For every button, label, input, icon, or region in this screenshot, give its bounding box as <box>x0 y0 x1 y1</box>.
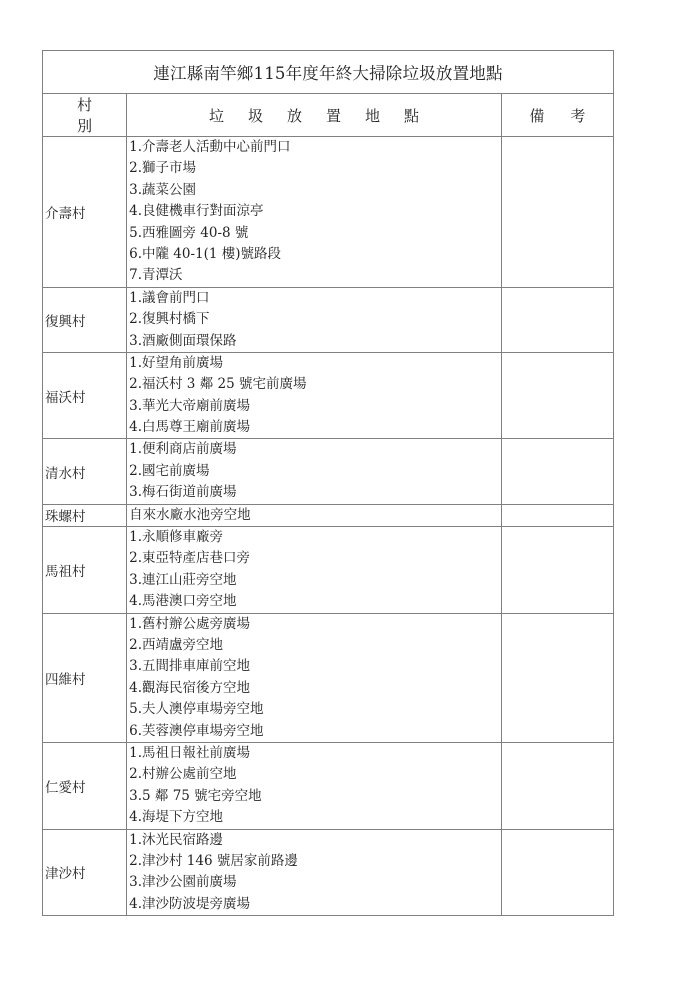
place-item: 2.國宅前廣場 <box>129 461 501 482</box>
table-row: 介壽村 1.介壽老人活動中心前門口2.獅子市場3.蔬菜公園4.良健機車行對面涼亭… <box>43 137 614 288</box>
place-item: 5.夫人澳停車場旁空地 <box>129 699 501 720</box>
village-cell: 福沃村 <box>43 352 127 439</box>
place-item: 3.5 鄰 75 號宅旁空地 <box>129 786 501 807</box>
place-item: 4.海堤下方空地 <box>129 807 501 828</box>
place-item: 2.復興村橋下 <box>129 309 501 330</box>
place-item: 2.福沃村 3 鄰 25 號宅前廣場 <box>129 374 501 395</box>
place-item: 4.津沙防波堤旁廣場 <box>129 894 501 915</box>
place-item: 3.五間排車庫前空地 <box>129 656 501 677</box>
place-item: 4.白馬尊王廟前廣場 <box>129 417 501 438</box>
table-body: 介壽村 1.介壽老人活動中心前門口2.獅子市場3.蔬菜公園4.良健機車行對面涼亭… <box>43 137 614 916</box>
header-village: 村別 <box>43 94 127 137</box>
remarks-cell <box>501 613 613 742</box>
place-item: 1.好望角前廣場 <box>129 353 501 374</box>
place-item: 1.便利商店前廣場 <box>129 439 501 460</box>
village-cell: 仁愛村 <box>43 742 127 829</box>
place-item: 2.村辦公處前空地 <box>129 764 501 785</box>
remarks-cell <box>501 742 613 829</box>
village-cell: 馬祖村 <box>43 527 127 614</box>
remarks-cell <box>501 829 613 916</box>
place-item: 3.酒廠側面環保路 <box>129 331 501 352</box>
place-item: 4.觀海民宿後方空地 <box>129 678 501 699</box>
table-row: 福沃村 1.好望角前廣場2.福沃村 3 鄰 25 號宅前廣場3.華光大帝廟前廣場… <box>43 352 614 439</box>
place-item: 自來水廠水池旁空地 <box>129 505 501 526</box>
place-item: 2.獅子市場 <box>129 158 501 179</box>
place-item: 5.西雅圖旁 40-8 號 <box>129 223 501 244</box>
places-cell: 1.舊村辦公處旁廣場2.西靖盧旁空地3.五間排車庫前空地4.觀海民宿後方空地5.… <box>127 613 502 742</box>
place-item: 1.馬祖日報社前廣場 <box>129 743 501 764</box>
places-cell: 1.好望角前廣場2.福沃村 3 鄰 25 號宅前廣場3.華光大帝廟前廣場4.白馬… <box>127 352 502 439</box>
place-item: 6.中隴 40-1(1 樓)號路段 <box>129 244 501 265</box>
place-item: 1.舊村辦公處旁廣場 <box>129 614 501 635</box>
table-row: 馬祖村 1.永順修車廠旁2.東亞特產店巷口旁3.連江山莊旁空地4.馬港澳口旁空地 <box>43 527 614 614</box>
place-item: 6.芙蓉澳停車場旁空地 <box>129 721 501 742</box>
place-item: 2.東亞特產店巷口旁 <box>129 548 501 569</box>
place-item: 4.良健機車行對面涼亭 <box>129 201 501 222</box>
place-item: 2.西靖盧旁空地 <box>129 635 501 656</box>
place-item: 3.津沙公園前廣場 <box>129 872 501 893</box>
places-cell: 1.沐光民宿路邊2.津沙村 146 號居家前路邊3.津沙公園前廣場4.津沙防波堤… <box>127 829 502 916</box>
place-item: 3.華光大帝廟前廣場 <box>129 396 501 417</box>
village-cell: 津沙村 <box>43 829 127 916</box>
header-places: 垃圾放置地點 <box>127 94 502 137</box>
places-cell: 1.議會前門口2.復興村橋下3.酒廠側面環保路 <box>127 287 502 352</box>
village-cell: 珠螺村 <box>43 504 127 526</box>
remarks-cell <box>501 527 613 614</box>
village-cell: 清水村 <box>43 439 127 504</box>
table-row: 津沙村 1.沐光民宿路邊2.津沙村 146 號居家前路邊3.津沙公園前廣場4.津… <box>43 829 614 916</box>
place-item: 7.青潭沃 <box>129 265 501 286</box>
header-remarks: 備考 <box>501 94 613 137</box>
table-row: 仁愛村 1.馬祖日報社前廣場2.村辦公處前空地3.5 鄰 75 號宅旁空地4.海… <box>43 742 614 829</box>
table-row: 四維村 1.舊村辦公處旁廣場2.西靖盧旁空地3.五間排車庫前空地4.觀海民宿後方… <box>43 613 614 742</box>
place-item: 3.梅石街道前廣場 <box>129 482 501 503</box>
places-cell: 1.馬祖日報社前廣場2.村辦公處前空地3.5 鄰 75 號宅旁空地4.海堤下方空… <box>127 742 502 829</box>
place-item: 1.介壽老人活動中心前門口 <box>129 137 501 158</box>
place-item: 4.馬港澳口旁空地 <box>129 591 501 612</box>
table-row: 復興村 1.議會前門口2.復興村橋下3.酒廠側面環保路 <box>43 287 614 352</box>
village-cell: 四維村 <box>43 613 127 742</box>
table-row: 清水村 1.便利商店前廣場2.國宅前廣場3.梅石街道前廣場 <box>43 439 614 504</box>
place-item: 1.議會前門口 <box>129 288 501 309</box>
place-item: 3.蔬菜公園 <box>129 180 501 201</box>
remarks-cell <box>501 504 613 526</box>
places-cell: 自來水廠水池旁空地 <box>127 504 502 526</box>
places-cell: 1.便利商店前廣場2.國宅前廣場3.梅石街道前廣場 <box>127 439 502 504</box>
garbage-location-table: 連江縣南竿鄉115年度年終大掃除垃圾放置地點 村別 垃圾放置地點 備考 介壽村 … <box>42 50 614 916</box>
village-cell: 介壽村 <box>43 137 127 288</box>
document-sheet: 連江縣南竿鄉115年度年終大掃除垃圾放置地點 村別 垃圾放置地點 備考 介壽村 … <box>42 50 614 916</box>
table-row: 珠螺村 自來水廠水池旁空地 <box>43 504 614 526</box>
remarks-cell <box>501 439 613 504</box>
remarks-cell <box>501 137 613 288</box>
document-title: 連江縣南竿鄉115年度年終大掃除垃圾放置地點 <box>43 51 614 94</box>
remarks-cell <box>501 287 613 352</box>
village-cell: 復興村 <box>43 287 127 352</box>
remarks-cell <box>501 352 613 439</box>
place-item: 3.連江山莊旁空地 <box>129 570 501 591</box>
place-item: 2.津沙村 146 號居家前路邊 <box>129 851 501 872</box>
places-cell: 1.永順修車廠旁2.東亞特產店巷口旁3.連江山莊旁空地4.馬港澳口旁空地 <box>127 527 502 614</box>
place-item: 1.永順修車廠旁 <box>129 527 501 548</box>
places-cell: 1.介壽老人活動中心前門口2.獅子市場3.蔬菜公園4.良健機車行對面涼亭5.西雅… <box>127 137 502 288</box>
place-item: 1.沐光民宿路邊 <box>129 830 501 851</box>
